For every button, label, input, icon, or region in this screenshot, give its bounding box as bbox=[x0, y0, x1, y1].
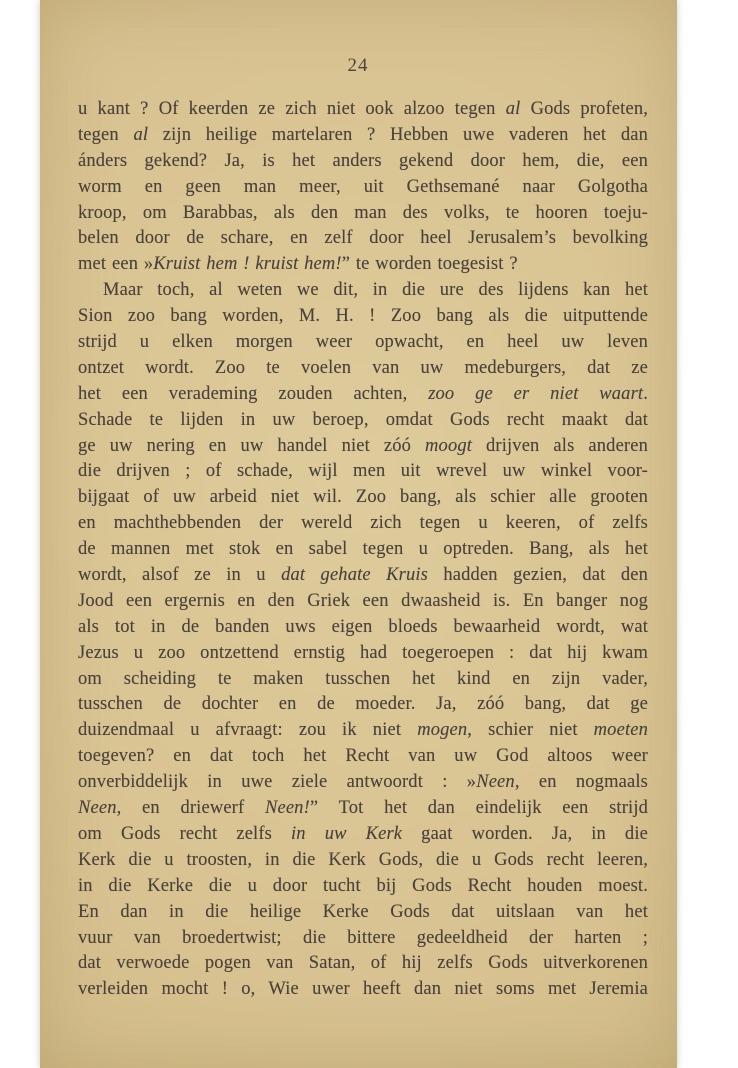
body-text: ” Tot het dan eindelijk een strijd bbox=[310, 798, 648, 818]
body-text: gaat worden. Ja, in die bbox=[402, 824, 648, 844]
body-text: , schier niet bbox=[467, 720, 593, 740]
body-text: onverbiddelijk in uwe ziele antwoordt : … bbox=[78, 772, 476, 792]
text-line: kroop, om Barabbas, als den man des volk… bbox=[78, 201, 648, 227]
text-line: die drijven ; of schade, wijl men uit wr… bbox=[78, 459, 648, 485]
text-line: de mannen met stok en sabel tegen u optr… bbox=[78, 537, 648, 563]
text-line: worm en geen man meer, uit Gethsemané na… bbox=[78, 175, 648, 201]
body-text: duizendmaal u afvraagt: zou ik niet bbox=[78, 720, 417, 740]
page-number: 24 bbox=[78, 55, 638, 77]
text-line: dat verwoede pogen van Satan, of hij zel… bbox=[78, 951, 648, 977]
text-line: Sion zoo bang worden, M. H. ! Zoo bang a… bbox=[78, 304, 648, 330]
text-line: ge uw nering en uw handel niet zóó moogt… bbox=[78, 434, 648, 460]
body-text: u kant ? Of keerden ze zich niet ook alz… bbox=[78, 99, 506, 119]
text-line: u kant ? Of keerden ze zich niet ook alz… bbox=[78, 97, 648, 123]
text-line: Jezus u zoo ontzettend ernstig had toege… bbox=[78, 641, 648, 667]
text-line: strijd u elken morgen weer opwacht, en h… bbox=[78, 330, 648, 356]
text-line: om scheiding te maken tusschen het kind … bbox=[78, 667, 648, 693]
text-line: onverbiddelijk in uwe ziele antwoordt : … bbox=[78, 770, 648, 796]
body-text: ge uw nering en uw handel niet zóó bbox=[78, 436, 425, 456]
text-line: Schade te lijden in uw beroep, omdat God… bbox=[78, 408, 648, 434]
text-line: tegen al zijn heilige martelaren ? Hebbe… bbox=[78, 123, 648, 149]
body-text: , en driewerf bbox=[117, 798, 265, 818]
body-text: hadden gezien, dat den bbox=[428, 565, 648, 585]
page-text: u kant ? Of keerden ze zich niet ook alz… bbox=[78, 97, 648, 1003]
italic-text: zoo ge er niet waart bbox=[428, 384, 643, 404]
body-text: die drijven ; of schade, wijl men uit wr… bbox=[78, 461, 648, 481]
body-text: toegeven? en dat toch het Recht van uw G… bbox=[78, 746, 648, 766]
italic-text: mogen bbox=[417, 720, 467, 740]
body-text: ontzet wordt. Zoo te voelen van uw medeb… bbox=[78, 358, 648, 378]
body-text: Jezus u zoo ontzettend ernstig had toege… bbox=[78, 643, 648, 663]
body-text: wordt, alsof ze in u bbox=[78, 565, 281, 585]
body-text: bijgaat of uw arbeid niet wil. Zoo bang,… bbox=[78, 487, 648, 507]
scan-surface: { "page": { "number": "24", "paper_color… bbox=[0, 0, 738, 1068]
body-text: tusschen de dochter en de moeder. Ja, zó… bbox=[78, 694, 648, 714]
body-text: en machthebbenden der wereld zich tegen … bbox=[78, 513, 648, 533]
text-line: het een verademing zouden achten, zoo ge… bbox=[78, 382, 648, 408]
text-line: belen door de schare, en zelf door heel … bbox=[78, 226, 648, 252]
text-line: als tot in de banden uws eigen bloeds be… bbox=[78, 615, 648, 641]
body-text: dat verwoede pogen van Satan, of hij zel… bbox=[78, 953, 648, 973]
text-line: met een »Kruist hem ! kruist hem!” te wo… bbox=[78, 252, 648, 278]
body-text: vuur van broedertwist; die bittere gedee… bbox=[78, 928, 648, 948]
text-line: ánders gekend? Ja, is het anders gekend … bbox=[78, 149, 648, 175]
text-line: Neen, en driewerf Neen!” Tot het dan ein… bbox=[78, 796, 648, 822]
body-text: belen door de schare, en zelf door heel … bbox=[78, 228, 648, 248]
body-text: Jood een ergernis en den Griek een dwaas… bbox=[78, 591, 648, 611]
italic-text: Neen! bbox=[265, 798, 310, 818]
italic-text: Kruist hem ! kruist hem! bbox=[153, 254, 341, 274]
text-line: Kerk die u troosten, in die Kerk Gods, d… bbox=[78, 848, 648, 874]
italic-text: in uw Kerk bbox=[291, 824, 402, 844]
body-text: ánders gekend? Ja, is het anders gekend … bbox=[78, 151, 648, 171]
body-text: als tot in de banden uws eigen bloeds be… bbox=[78, 617, 648, 637]
body-text: Kerk die u troosten, in die Kerk Gods, d… bbox=[78, 850, 648, 870]
text-line: Jood een ergernis en den Griek een dwaas… bbox=[78, 589, 648, 615]
italic-text: dat gehate Kruis bbox=[281, 565, 428, 585]
body-text: tegen bbox=[78, 125, 133, 145]
text-line: en machthebbenden der wereld zich tegen … bbox=[78, 511, 648, 537]
body-text: drijven als anderen bbox=[472, 436, 648, 456]
body-text: verleiden mocht ! o, Wie uwer heeft dan … bbox=[78, 979, 648, 999]
body-text: worm en geen man meer, uit Gethsemané na… bbox=[78, 177, 648, 197]
text-line: duizendmaal u afvraagt: zou ik niet moge… bbox=[78, 718, 648, 744]
body-text: de mannen met stok en sabel tegen u optr… bbox=[78, 539, 648, 559]
italic-text: Neen bbox=[476, 772, 515, 792]
text-line: En dan in die heilige Kerke Gods dat uit… bbox=[78, 900, 648, 926]
text-line: om Gods recht zelfs in uw Kerk gaat word… bbox=[78, 822, 648, 848]
body-text: met een » bbox=[78, 254, 153, 274]
body-text: het een verademing zouden achten, bbox=[78, 384, 428, 404]
text-line: Maar toch, al weten we dit, in die ure d… bbox=[78, 278, 648, 304]
book-page: 24 u kant ? Of keerden ze zich niet ook … bbox=[40, 0, 677, 1068]
italic-text: al bbox=[133, 125, 148, 145]
text-line: in die Kerke die u door tucht bij Gods R… bbox=[78, 874, 648, 900]
body-text: En dan in die heilige Kerke Gods dat uit… bbox=[78, 902, 648, 922]
text-line: tusschen de dochter en de moeder. Ja, zó… bbox=[78, 692, 648, 718]
text-line: ontzet wordt. Zoo te voelen van uw medeb… bbox=[78, 356, 648, 382]
body-text: Schade te lijden in uw beroep, omdat God… bbox=[78, 410, 648, 430]
body-text: , en nogmaals bbox=[515, 772, 648, 792]
body-text: ” te worden toegesist ? bbox=[342, 254, 518, 274]
body-text: Gods profeten, bbox=[520, 99, 648, 119]
text-line: wordt, alsof ze in u dat gehate Kruis ha… bbox=[78, 563, 648, 589]
body-text: strijd u elken morgen weer opwacht, en h… bbox=[78, 332, 648, 352]
italic-text: Neen bbox=[78, 798, 117, 818]
italic-text: moogt bbox=[425, 436, 472, 456]
body-text: om Gods recht zelfs bbox=[78, 824, 291, 844]
text-line: bijgaat of uw arbeid niet wil. Zoo bang,… bbox=[78, 485, 648, 511]
body-text: zijn heilige martelaren ? Hebben uwe vad… bbox=[148, 125, 648, 145]
body-text: kroop, om Barabbas, als den man des volk… bbox=[78, 203, 648, 223]
italic-text: al bbox=[506, 99, 521, 119]
body-text: Maar toch, al weten we dit, in die ure d… bbox=[103, 280, 648, 300]
body-text: Sion zoo bang worden, M. H. ! Zoo bang a… bbox=[78, 306, 648, 326]
body-text: om scheiding te maken tusschen het kind … bbox=[78, 669, 648, 689]
body-text: in die Kerke die u door tucht bij Gods R… bbox=[78, 876, 648, 896]
text-line: verleiden mocht ! o, Wie uwer heeft dan … bbox=[78, 977, 648, 1003]
italic-text: moeten bbox=[594, 720, 648, 740]
text-line: toegeven? en dat toch het Recht van uw G… bbox=[78, 744, 648, 770]
body-text: . bbox=[643, 384, 648, 404]
text-line: vuur van broedertwist; die bittere gedee… bbox=[78, 926, 648, 952]
